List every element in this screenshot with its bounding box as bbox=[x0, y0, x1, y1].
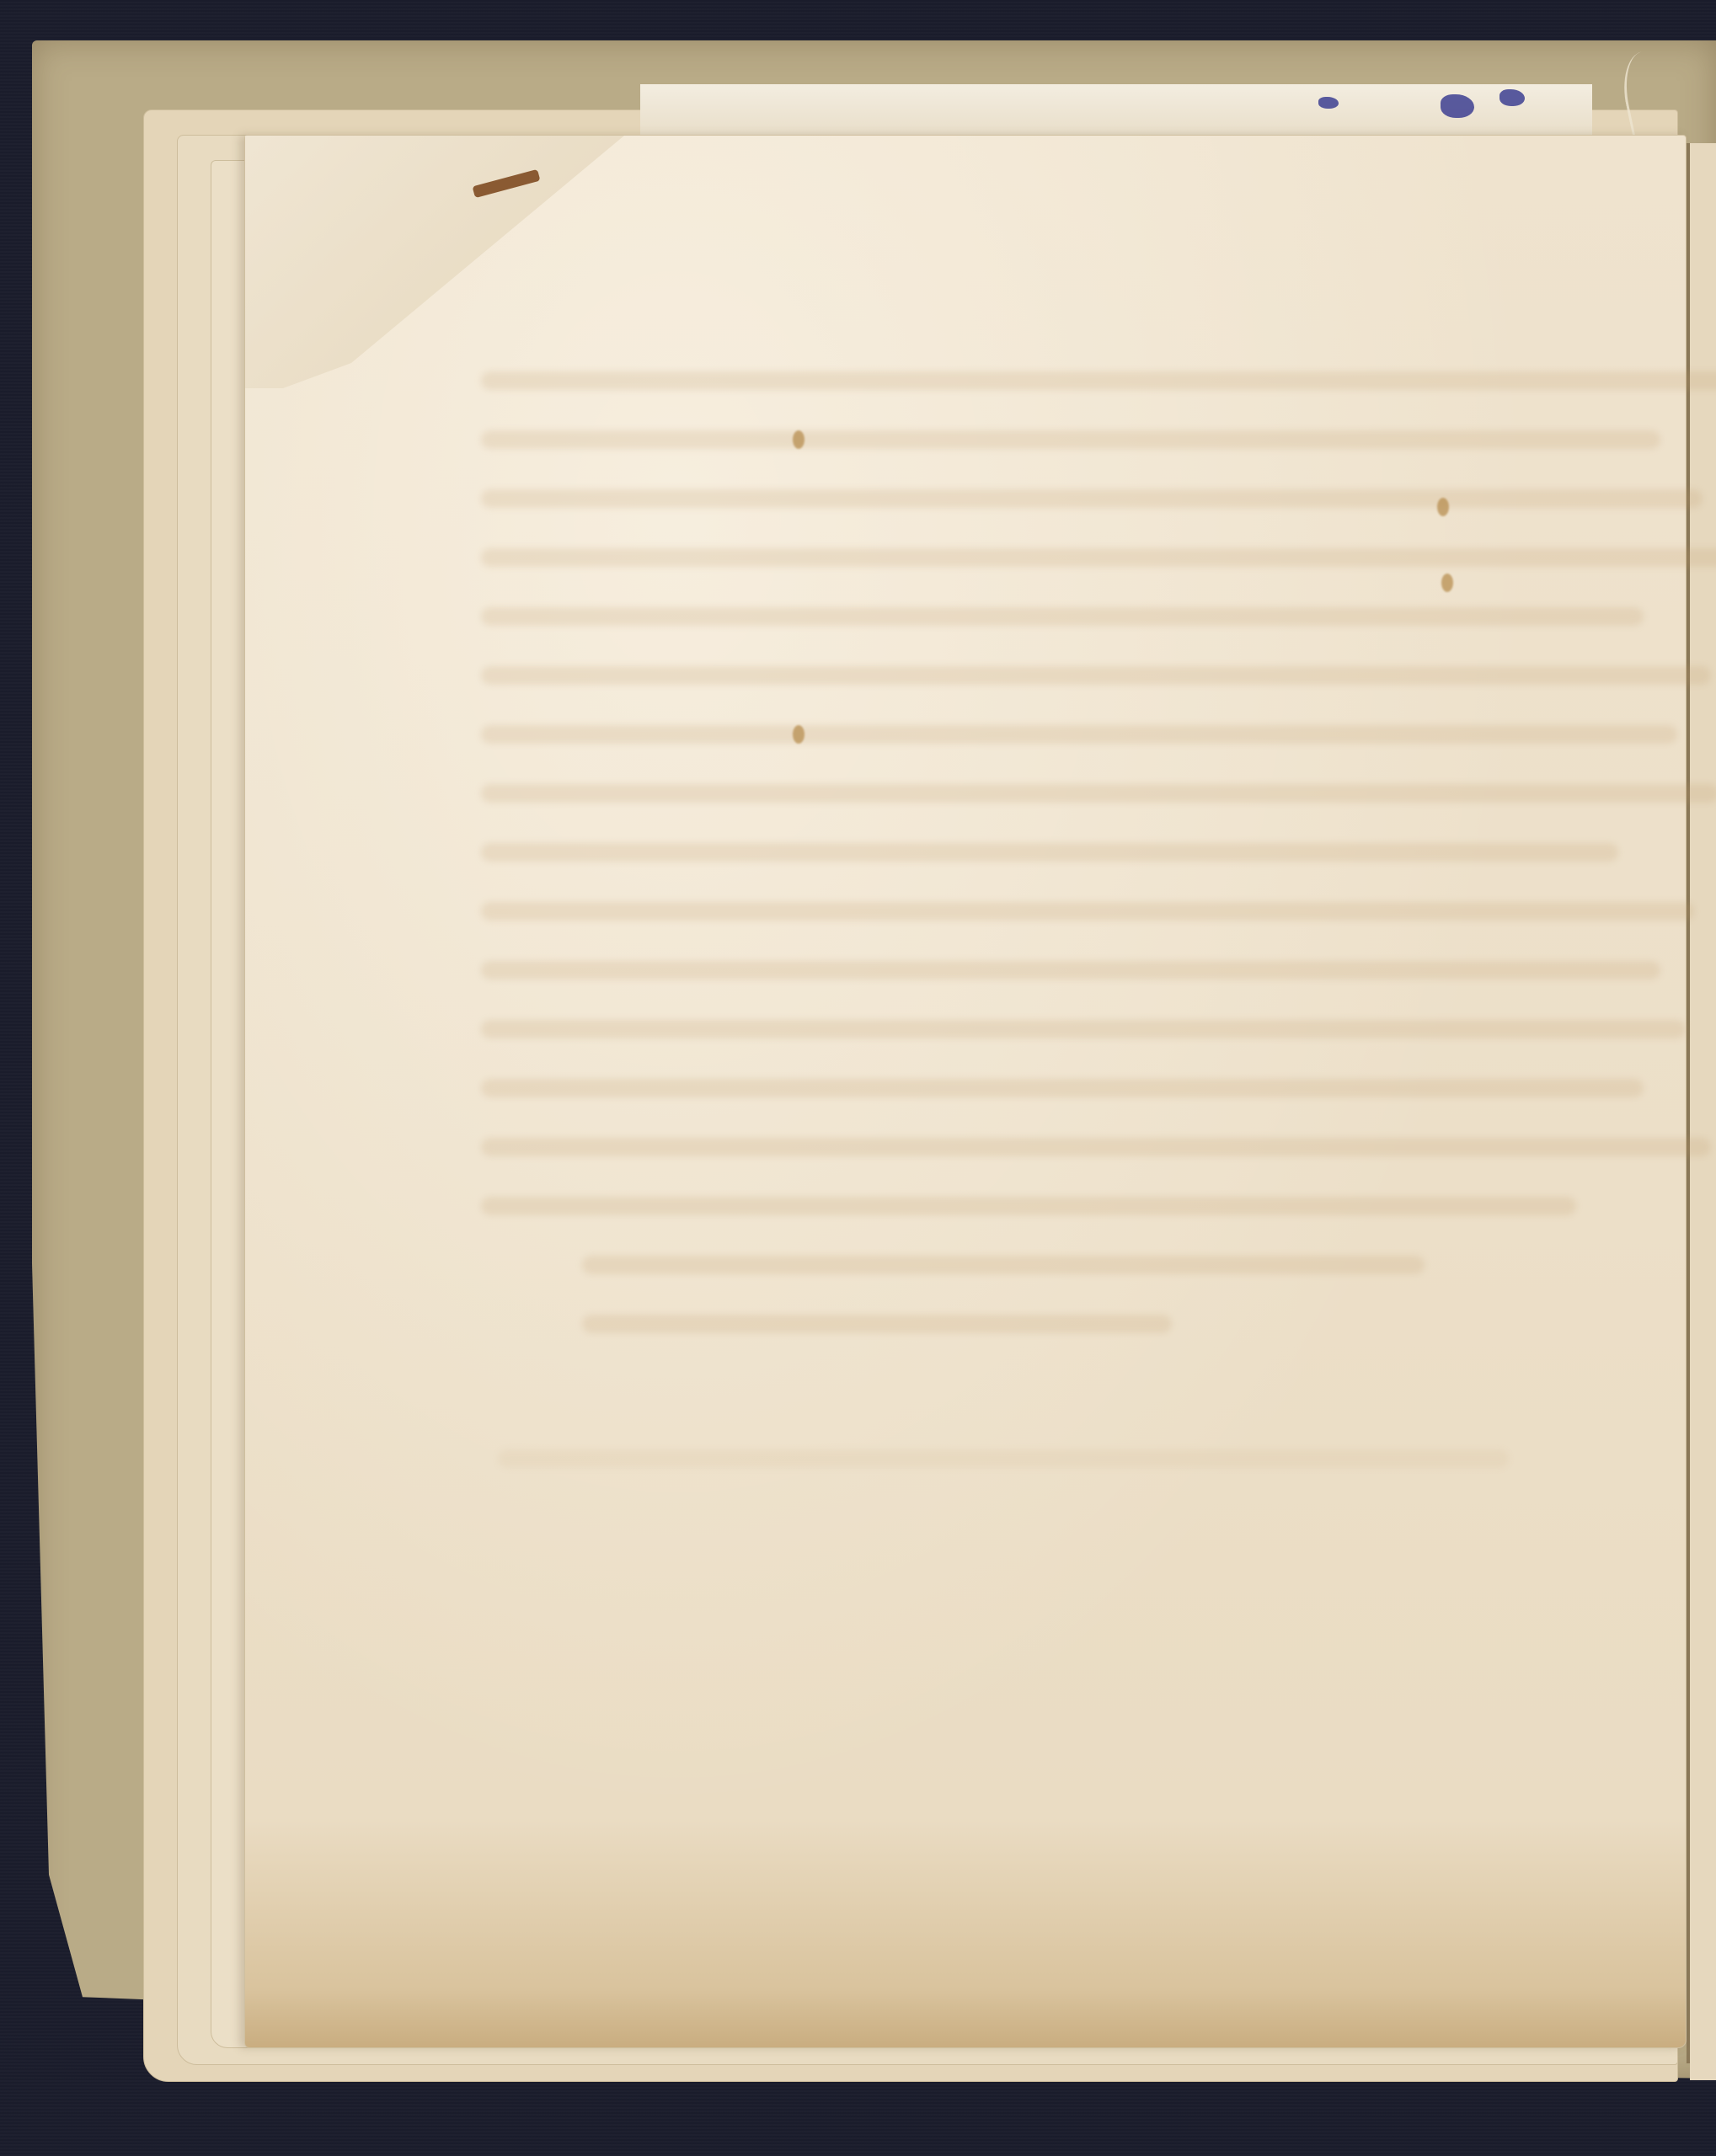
foxing-spot bbox=[793, 725, 805, 744]
adjacent-leaf bbox=[1690, 143, 1716, 2080]
foxing-spot bbox=[793, 430, 805, 449]
bleed-through-line bbox=[481, 666, 1711, 685]
foxing-spot bbox=[1441, 574, 1453, 592]
bleed-through-line bbox=[481, 843, 1618, 862]
bleed-through-line bbox=[481, 489, 1703, 508]
bleed-through-line bbox=[481, 1079, 1644, 1097]
bleed-through-line bbox=[481, 902, 1694, 921]
bleed-through-line bbox=[481, 784, 1716, 803]
manuscript-page bbox=[244, 135, 1687, 2048]
bleed-through-line bbox=[481, 1020, 1686, 1038]
gutter-fold bbox=[1687, 143, 1690, 2063]
bleed-through-line bbox=[481, 607, 1644, 626]
bleed-through-line bbox=[582, 1256, 1425, 1274]
bleed-through-line bbox=[481, 430, 1660, 449]
foxing-spot bbox=[1437, 498, 1449, 516]
bleed-through-line bbox=[481, 1197, 1576, 1215]
ink-mark bbox=[1499, 89, 1525, 106]
folded-corner bbox=[245, 136, 624, 388]
bleed-through-line bbox=[481, 725, 1677, 744]
ink-mark bbox=[1441, 94, 1474, 118]
bleed-through-line bbox=[582, 1315, 1172, 1333]
ink-mark bbox=[1318, 97, 1339, 109]
bleed-through-line bbox=[481, 961, 1660, 979]
bleed-through-line bbox=[498, 1449, 1509, 1468]
bleed-through-line bbox=[481, 1138, 1711, 1156]
bleed-through-line bbox=[481, 548, 1716, 567]
bleed-through-line bbox=[481, 371, 1716, 390]
